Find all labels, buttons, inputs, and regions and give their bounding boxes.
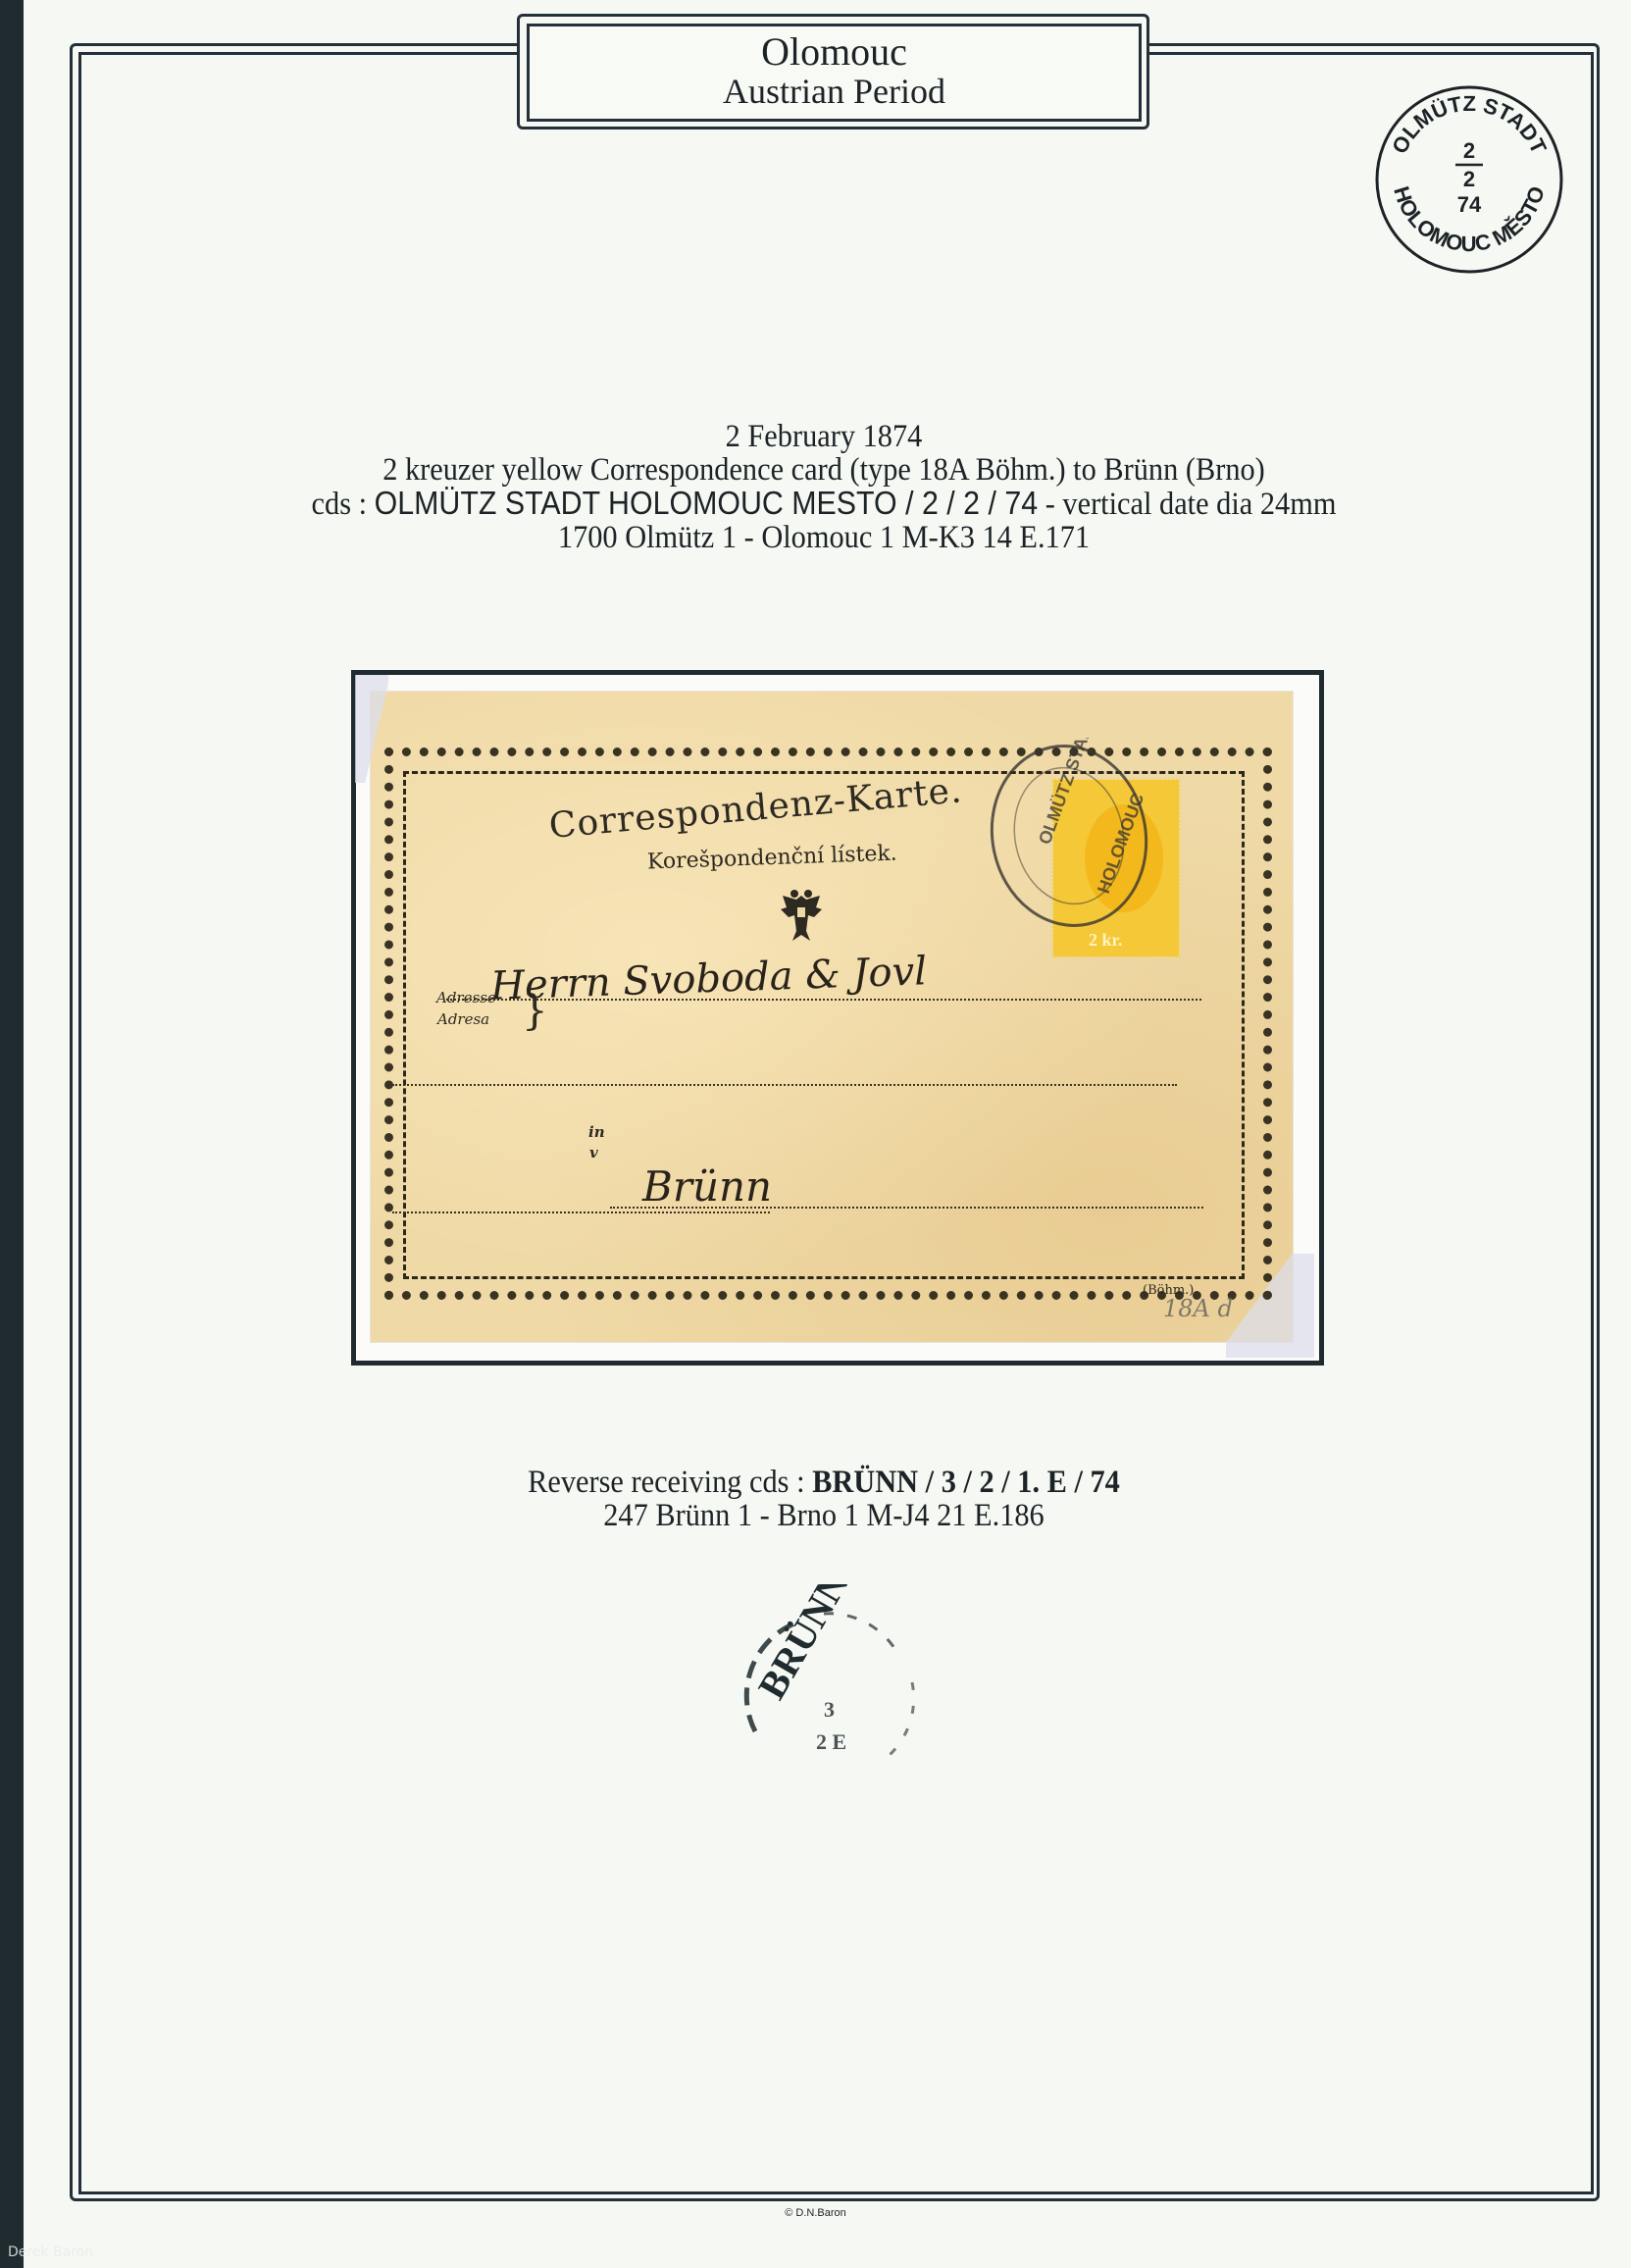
description-item: 2 kreuzer yellow Correspondence card (ty…	[175, 453, 1474, 487]
address-label-de: Adresse	[436, 989, 496, 1006]
svg-text:2 E: 2 E	[816, 1729, 846, 1754]
cds-suffix: - vertical date dia 24mm	[1038, 487, 1336, 522]
title-box: Olomouc Austrian Period	[527, 24, 1142, 122]
description-cds: cds : OLMÜTZ STADT HOLOMOUC MESTO / 2 / …	[175, 487, 1474, 521]
scan-edge-strip	[0, 0, 24, 2268]
brunn-receiving-mark-icon: BRÜNN 3 2 E	[687, 1584, 961, 1780]
copyright-footer: © D.N.Baron	[0, 2207, 1631, 2219]
postmark-month: 2	[1463, 167, 1475, 191]
in-label-cz: v	[589, 1144, 598, 1161]
description-reference: 1700 Olmütz 1 - Olomouc 1 M-K3 14 E.171	[175, 521, 1474, 554]
description-date: 2 February 1874	[175, 420, 1474, 453]
cds-prefix: cds :	[312, 487, 375, 522]
reverse-block: Reverse receiving cds : BRÜNN / 3 / 2 / …	[175, 1466, 1474, 1532]
reverse-cds: Reverse receiving cds : BRÜNN / 3 / 2 / …	[175, 1466, 1474, 1499]
cds-value: OLMÜTZ STADT HOLOMOUC MESTO / 2 / 2 / 74	[375, 485, 1038, 521]
postmark-year: 74	[1457, 192, 1482, 217]
watermark: Derek Baron	[8, 2244, 93, 2260]
reverse-reference: 247 Brünn 1 - Brno 1 M-J4 21 E.186	[175, 1499, 1474, 1532]
olmutz-postmark-icon: OLMÜTZ STADT HOLOMOUC MĚSTO 2 2 74	[1371, 81, 1567, 278]
reverse-cds-value: BRÜNN / 3 / 2 / 1. E / 74	[812, 1465, 1120, 1500]
olmutz-cancel-on-card-icon: OLMÜTZ STADT HOLOMOUC	[981, 738, 1177, 944]
reverse-prefix: Reverse receiving cds :	[528, 1465, 812, 1500]
pencil-note: 18A d	[1163, 1295, 1233, 1322]
svg-text:OLMÜTZ STADT: OLMÜTZ STADT	[1035, 738, 1099, 847]
address-line-2	[392, 1084, 1177, 1086]
address-line-3	[392, 1211, 770, 1213]
svg-text:3: 3	[824, 1697, 835, 1722]
handwritten-destination: Brünn	[642, 1162, 772, 1211]
in-label-de: in	[588, 1123, 605, 1141]
postmark-day: 2	[1463, 138, 1475, 163]
double-eagle-icon	[777, 886, 826, 945]
page-title: Olomouc	[530, 32, 1139, 72]
page-subtitle: Austrian Period	[530, 72, 1139, 111]
description-block: 2 February 1874 2 kreuzer yellow Corresp…	[175, 420, 1474, 554]
address-label-cz: Adresa	[437, 1010, 489, 1028]
